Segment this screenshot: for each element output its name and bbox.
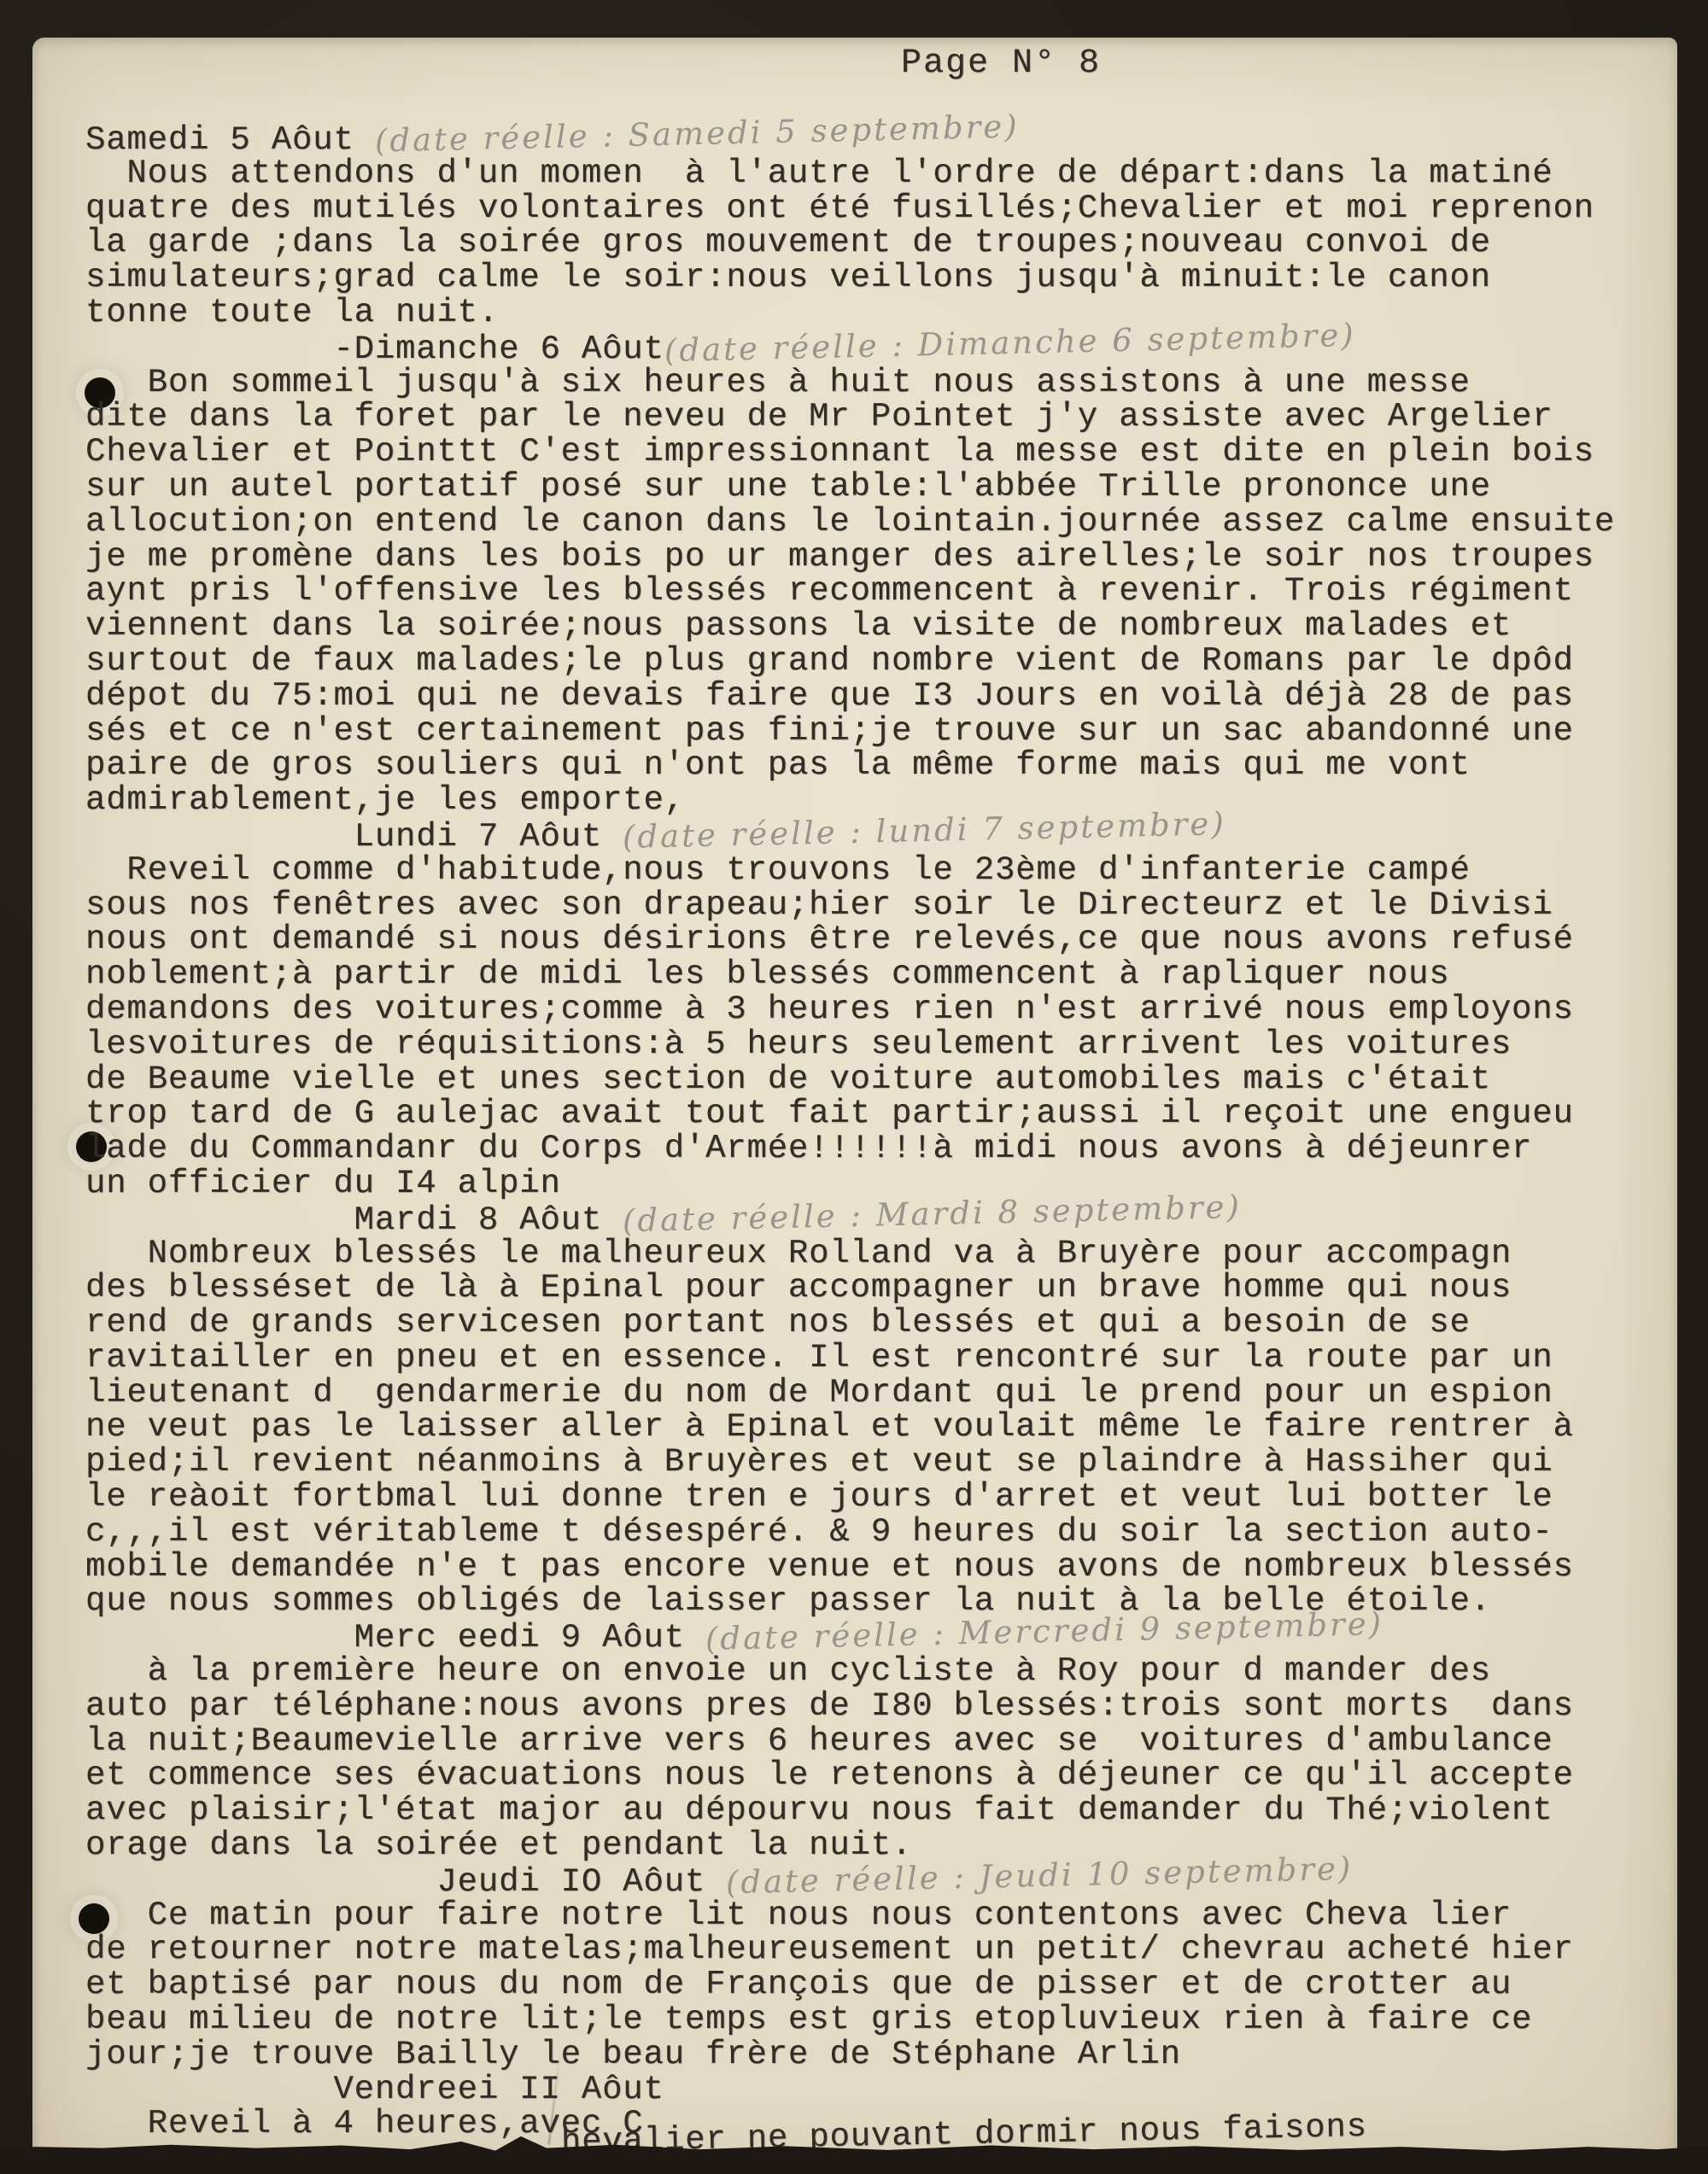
typed-text: quatre des mutilés volontaires ont été f… — [85, 190, 1594, 227]
typed-text: Merc eedi 9 Aôut — [85, 1619, 705, 1657]
typed-line: pied;il revient néanmoins à Bruyères et … — [85, 1445, 1674, 1480]
typed-text: -Dimanche 6 Aôut — [85, 330, 664, 368]
typed-text: Bon sommeil jusqu'à six heures à huit no… — [85, 364, 1471, 401]
typed-text: mobile demandée n'e t pas encore venue e… — [85, 1548, 1574, 1586]
typed-line: Vendreei II Aôut — [85, 2072, 1674, 2107]
typed-text: Mardi 8 Aôut — [85, 1201, 623, 1239]
typed-text: Nombreux blessés le malheureux Rolland v… — [85, 1235, 1512, 1272]
typed-text: rend de grands servicesen portant nos bl… — [85, 1304, 1471, 1341]
typed-text: beau milieu de notre lit;le temps est gr… — [85, 2001, 1532, 2038]
typed-text: Reveil à 4 heures,avec C — [85, 2105, 644, 2142]
typed-line: auto par téléphane:nous avons pres de I8… — [85, 1689, 1674, 1724]
typed-text: lesvoitures de réquisitions:à 5 heurs se… — [85, 1026, 1512, 1063]
typed-line: je me promène dans les bois po ur manger… — [85, 540, 1674, 575]
typed-line: de Beaume vielle et unes section de voit… — [85, 1062, 1674, 1097]
typed-line: la nuit;Beaumevielle arrive vers 6 heure… — [85, 1724, 1674, 1759]
typed-line: Bon sommeil jusqu'à six heures à huit no… — [85, 365, 1674, 400]
date-heading-line: Samedi 5 Aôut (date réelle : Samedi 5 se… — [85, 121, 1674, 156]
typed-line: jour;je trouve Bailly le beau frère de S… — [85, 2037, 1674, 2072]
typed-text: lade du Commandanr du Corps d'Armée!!!!!… — [85, 1130, 1532, 1167]
page-background: { "page": { "number_label": "Page N° 8",… — [0, 0, 1708, 2174]
typed-text: ne veut pas le laisser aller à Epinal et… — [85, 1408, 1574, 1446]
typed-line: Ce matin pour faire notre lit nous nous … — [85, 1898, 1674, 1933]
typed-line: trop tard de G aulejac avait tout fait p… — [85, 1096, 1674, 1131]
typed-line: aynt pris l'offensive les blessés recomm… — [85, 574, 1674, 609]
typed-text: un officier du I4 alpin — [85, 1165, 561, 1202]
typed-text: avec plaisir;l'état major au dépourvu no… — [85, 1791, 1553, 1829]
typed-text: des blesséset de là à Epinal pour accomp… — [85, 1269, 1512, 1306]
typed-text: Reveil comme d'habitude,nous trouvons le… — [85, 851, 1471, 889]
typed-line: viennent dans la soirée;nous passons la … — [85, 609, 1674, 644]
typed-text: paire de gros souliers qui n'ont pas la … — [85, 746, 1471, 784]
typed-text: Ce matin pour faire notre lit nous nous … — [85, 1896, 1512, 1934]
typed-text: sés et ce n'est certainement pas fini;je… — [85, 712, 1574, 750]
typed-text: Samedi 5 Aôut — [85, 121, 375, 159]
typed-line: sur un autel portatif posé sur une table… — [85, 470, 1674, 505]
typed-text-column: Samedi 5 Aôut (date réelle : Samedi 5 se… — [85, 121, 1674, 2142]
typed-text: viennent dans la soirée;nous passons la … — [85, 607, 1512, 645]
typed-text: sous nos fenêtres avec son drapeau;hier … — [85, 886, 1553, 924]
typed-line: surtout de faux malades;le plus grand no… — [85, 644, 1674, 679]
typed-text: je me promène dans les bois po ur manger… — [85, 538, 1594, 576]
typed-text: de retourner notre matelas;malheureuseme… — [85, 1931, 1574, 1968]
typed-line: simulateurs;grad calme le soir:nous veil… — [85, 260, 1674, 295]
typed-text: jour;je trouve Bailly le beau frère de S… — [85, 2036, 1181, 2073]
date-heading-line: -Dimanche 6 Aôut(date réelle : Dimanche … — [85, 330, 1674, 365]
typed-text: demandons des voitures;comme à 3 heures … — [85, 991, 1574, 1028]
typed-line: allocution;on entend le canon dans le lo… — [85, 505, 1674, 540]
typed-text: Lundi 7 Aôut — [85, 818, 623, 856]
date-heading-line: Lundi 7 Aôut (date réelle : lundi 7 sept… — [85, 818, 1674, 853]
typed-text: trop tard de G aulejac avait tout fait p… — [85, 1095, 1574, 1132]
typed-line: à la première heure on envoie un cyclist… — [85, 1654, 1674, 1689]
page-number: Page N° 8 — [901, 44, 1101, 83]
typed-text: Chevalier et Pointtt C'est impressionnan… — [85, 433, 1594, 470]
typed-text: la garde ;dans la soirée gros mouvement … — [85, 224, 1491, 261]
typed-text: le reàoit fortbmal lui donne tren e jour… — [85, 1478, 1553, 1516]
typed-line: beau milieu de notre lit;le temps est gr… — [85, 2002, 1674, 2037]
typed-text: aynt pris l'offensive les blessés recomm… — [85, 572, 1574, 610]
typed-text: la nuit;Beaumevielle arrive vers 6 heure… — [85, 1722, 1553, 1760]
date-heading-line: Merc eedi 9 Aôut (date réelle : Mercredi… — [85, 1619, 1674, 1654]
typed-text: Jeudi IO Aôut — [85, 1863, 726, 1901]
typed-text: lieutenant d gendarmerie du nom de Morda… — [85, 1374, 1553, 1411]
typed-line: de retourner notre matelas;malheureuseme… — [85, 1932, 1674, 1967]
typed-line: Nombreux blessés le malheureux Rolland v… — [85, 1236, 1674, 1271]
typed-line: et baptisé par nous du nom de François q… — [85, 1967, 1674, 2002]
typed-line: avec plaisir;l'état major au dépourvu no… — [85, 1793, 1674, 1828]
typed-text: de Beaume vielle et unes section de voit… — [85, 1061, 1491, 1098]
typed-line: et commence ses évacuations nous le rete… — [85, 1758, 1674, 1793]
date-heading-line: Mardi 8 Aôut (date réelle : Mardi 8 sept… — [85, 1201, 1674, 1236]
typed-line: dépot du 75:moi qui ne devais faire que … — [85, 679, 1674, 714]
typed-text: sur un autel portatif posé sur une table… — [85, 468, 1491, 506]
typed-line: ravitailler en pneu et en essence. Il es… — [85, 1341, 1674, 1376]
date-heading-line: Jeudi IO Aôut (date réelle : Jeudi 10 se… — [85, 1863, 1674, 1898]
typed-line: lesvoitures de réquisitions:à 5 heurs se… — [85, 1027, 1674, 1062]
typed-text: dépot du 75:moi qui ne devais faire que … — [85, 677, 1574, 715]
typed-line: rend de grands servicesen portant nos bl… — [85, 1306, 1674, 1341]
typed-text: c,,,il est véritableme t désespéré. & 9 … — [85, 1513, 1553, 1551]
typed-text: noblement;à partir de midi les blessés c… — [85, 956, 1449, 993]
typed-line: dite dans la foret par le neveu de Mr Po… — [85, 400, 1674, 435]
typed-line: ne veut pas le laisser aller à Epinal et… — [85, 1410, 1674, 1445]
typed-line: lieutenant d gendarmerie du nom de Morda… — [85, 1376, 1674, 1411]
typed-line: mobile demandée n'e t pas encore venue e… — [85, 1550, 1674, 1585]
typed-text: tonne toute la nuit. — [85, 294, 499, 331]
typed-line: le reàoit fortbmal lui donne tren e jour… — [85, 1480, 1674, 1515]
typed-text: ravitailler en pneu et en essence. Il es… — [85, 1339, 1553, 1376]
typed-line: quatre des mutilés volontaires ont été f… — [85, 191, 1674, 226]
typed-line: Chevalier et Pointtt C'est impressionnan… — [85, 435, 1674, 470]
typed-text: allocution;on entend le canon dans le lo… — [85, 503, 1615, 541]
typed-text: et commence ses évacuations nous le rete… — [85, 1756, 1574, 1794]
typed-line: Reveil comme d'habitude,nous trouvons le… — [85, 853, 1674, 888]
typed-text: pied;il revient néanmoins à Bruyères et … — [85, 1443, 1553, 1481]
typed-line: des blesséset de là à Epinal pour accomp… — [85, 1271, 1674, 1306]
typed-line: la garde ;dans la soirée gros mouvement … — [85, 225, 1674, 260]
typed-text: nous ont demandé si nous désirions être … — [85, 920, 1574, 958]
typed-text: Vendreei II Aôut — [85, 2071, 664, 2108]
typed-line: lade du Commandanr du Corps d'Armée!!!!!… — [85, 1131, 1674, 1166]
typed-text: à la première heure on envoie un cyclist… — [85, 1652, 1491, 1690]
typed-text: dite dans la foret par le neveu de Mr Po… — [85, 398, 1553, 435]
typed-line: orage dans la soirée et pendant la nuit. — [85, 1828, 1674, 1863]
typed-line: demandons des voitures;comme à 3 heures … — [85, 992, 1674, 1027]
typed-line: nous ont demandé si nous désirions être … — [85, 922, 1674, 957]
typed-line: que nous sommes obligés de laisser passe… — [85, 1584, 1674, 1619]
typed-line: Nous attendons d'un momen à l'autre l'or… — [85, 156, 1674, 191]
typed-line: sous nos fenêtres avec son drapeau;hier … — [85, 888, 1674, 923]
typed-line: paire de gros souliers qui n'ont pas la … — [85, 748, 1674, 783]
typed-text: admirablement,je les emporte, — [85, 781, 685, 819]
typed-text: orage dans la soirée et pendant la nuit. — [85, 1826, 912, 1864]
typed-line: noblement;à partir de midi les blessés c… — [85, 957, 1674, 992]
typed-text: surtout de faux malades;le plus grand no… — [85, 642, 1574, 680]
typed-line: sés et ce n'est certainement pas fini;je… — [85, 714, 1674, 749]
typed-line: c,,,il est véritableme t désespéré. & 9 … — [85, 1515, 1674, 1550]
typed-text: Nous attendons d'un momen à l'autre l'or… — [85, 155, 1553, 192]
typed-text: auto par téléphane:nous avons pres de I8… — [85, 1687, 1574, 1725]
typed-line: tonne toute la nuit. — [85, 295, 1674, 330]
typed-text: simulateurs;grad calme le soir:nous veil… — [85, 259, 1491, 296]
typed-text: et baptisé par nous du nom de François q… — [85, 1966, 1512, 2003]
